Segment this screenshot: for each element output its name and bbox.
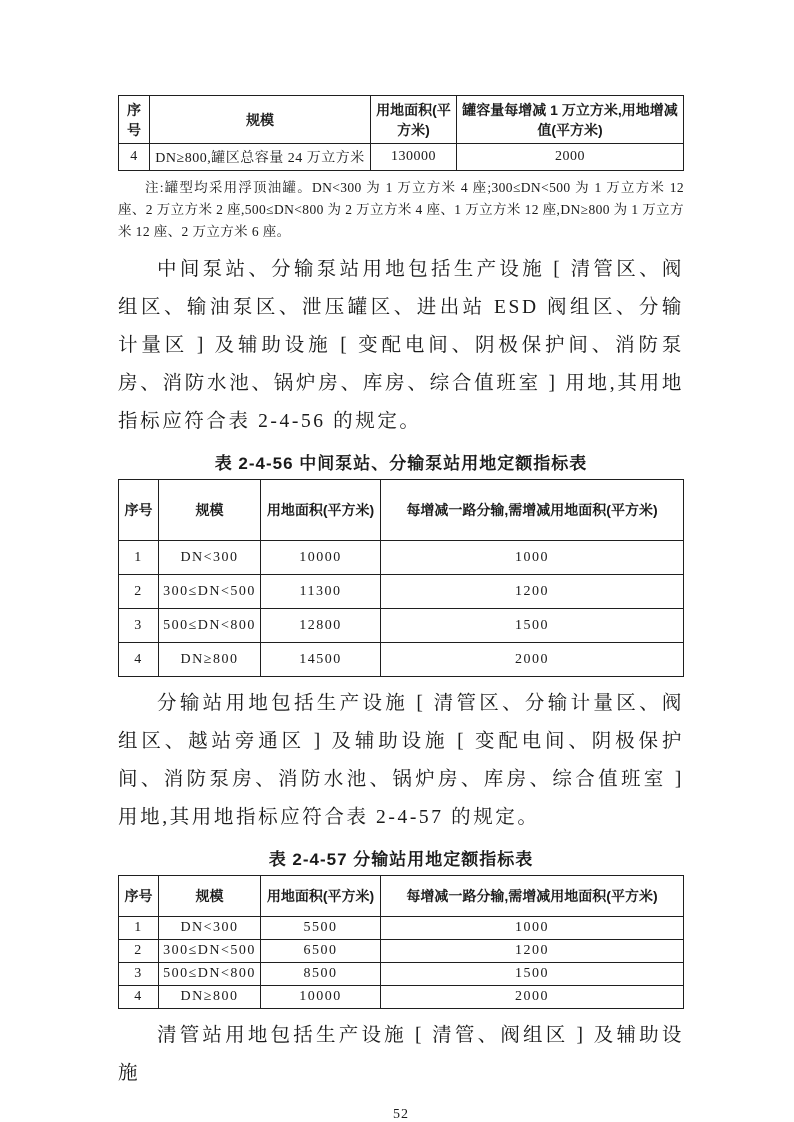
cell-area: 130000 — [371, 144, 457, 171]
cell-scale: 500≤DN<800 — [159, 963, 261, 986]
table-row: 3 500≤DN<800 12800 1500 — [119, 609, 684, 643]
cell-area: 10000 — [261, 541, 381, 575]
header-cell-scale: 规模 — [159, 876, 261, 917]
cell-delta: 1000 — [381, 917, 684, 940]
cell-scale: DN≥800 — [159, 643, 261, 677]
cell-seq: 1 — [119, 541, 159, 575]
document-page: 序号 规模 用地面积(平方米) 罐容量每增减 1 万立方米,用地增减值(平方米)… — [0, 0, 794, 1122]
table-2-4-57-title: 表 2-4-57 分输站用地定额指标表 — [118, 845, 684, 870]
header-cell-area: 用地面积(平方米) — [261, 480, 381, 541]
cell-area: 11300 — [261, 575, 381, 609]
table-2-4-56-title: 表 2-4-56 中间泵站、分输泵站用地定额指标表 — [118, 449, 684, 474]
cell-delta: 2000 — [457, 144, 684, 171]
cell-area: 8500 — [261, 963, 381, 986]
page-number: 52 — [118, 1107, 684, 1122]
header-cell-seq: 序号 — [119, 96, 150, 144]
cell-delta: 2000 — [381, 643, 684, 677]
cell-scale: DN≥800 — [159, 986, 261, 1009]
table-2-4-57: 序号 规模 用地面积(平方米) 每增减一路分输,需增减用地面积(平方米) 1 D… — [118, 875, 684, 1009]
table-row: 4 DN≥800 14500 2000 — [119, 643, 684, 677]
table-note: 注:罐型均采用浮顶油罐。DN<300 为 1 万立方米 4 座;300≤DN<5… — [118, 177, 684, 243]
cell-seq: 2 — [119, 575, 159, 609]
cell-area: 12800 — [261, 609, 381, 643]
table-row: 1 DN<300 5500 1000 — [119, 917, 684, 940]
cell-scale: 300≤DN<500 — [159, 940, 261, 963]
cell-delta: 1200 — [381, 575, 684, 609]
cell-seq: 2 — [119, 940, 159, 963]
table-header-row: 序号 规模 用地面积(平方米) 每增减一路分输,需增减用地面积(平方米) — [119, 876, 684, 917]
paragraph-pump-station: 中间泵站、分输泵站用地包括生产设施 [ 清管区、阀组区、输油泵区、泄压罐区、进出… — [118, 251, 684, 441]
table-row: 3 500≤DN<800 8500 1500 — [119, 963, 684, 986]
header-cell-seq: 序号 — [119, 480, 159, 541]
cell-scale: 300≤DN<500 — [159, 575, 261, 609]
table-header-row: 序号 规模 用地面积(平方米) 每增减一路分输,需增减用地面积(平方米) — [119, 480, 684, 541]
paragraph-distribution-station: 分输站用地包括生产设施 [ 清管区、分输计量区、阀组区、越站旁通区 ] 及辅助设… — [118, 685, 684, 837]
header-cell-delta: 每增减一路分输,需增减用地面积(平方米) — [381, 480, 684, 541]
cell-scale: DN<300 — [159, 917, 261, 940]
cell-delta: 1000 — [381, 541, 684, 575]
cell-area: 5500 — [261, 917, 381, 940]
cell-seq: 4 — [119, 643, 159, 677]
cell-scale: DN≥800,罐区总容量 24 万立方米 — [150, 144, 371, 171]
table-row: 4 DN≥800 10000 2000 — [119, 986, 684, 1009]
cell-area: 14500 — [261, 643, 381, 677]
cell-delta: 1500 — [381, 609, 684, 643]
cell-scale: DN<300 — [159, 541, 261, 575]
table-row: 2 300≤DN<500 11300 1200 — [119, 575, 684, 609]
table-row: 2 300≤DN<500 6500 1200 — [119, 940, 684, 963]
header-cell-scale: 规模 — [159, 480, 261, 541]
cell-area: 10000 — [261, 986, 381, 1009]
table-row: 1 DN<300 10000 1000 — [119, 541, 684, 575]
header-cell-area: 用地面积(平方米) — [261, 876, 381, 917]
tank-capacity-table: 序号 规模 用地面积(平方米) 罐容量每增减 1 万立方米,用地增减值(平方米)… — [118, 95, 684, 171]
cell-seq: 3 — [119, 963, 159, 986]
header-cell-seq: 序号 — [119, 876, 159, 917]
cell-seq: 3 — [119, 609, 159, 643]
cell-seq: 1 — [119, 917, 159, 940]
cell-delta: 2000 — [381, 986, 684, 1009]
header-cell-scale: 规模 — [150, 96, 371, 144]
header-cell-delta: 每增减一路分输,需增减用地面积(平方米) — [381, 876, 684, 917]
header-cell-delta: 罐容量每增减 1 万立方米,用地增减值(平方米) — [457, 96, 684, 144]
cell-seq: 4 — [119, 144, 150, 171]
cell-delta: 1500 — [381, 963, 684, 986]
cell-seq: 4 — [119, 986, 159, 1009]
cell-delta: 1200 — [381, 940, 684, 963]
table-header-row: 序号 规模 用地面积(平方米) 罐容量每增减 1 万立方米,用地增减值(平方米) — [119, 96, 684, 144]
cell-area: 6500 — [261, 940, 381, 963]
header-cell-area: 用地面积(平方米) — [371, 96, 457, 144]
cell-scale: 500≤DN<800 — [159, 609, 261, 643]
table-2-4-56: 序号 规模 用地面积(平方米) 每增减一路分输,需增减用地面积(平方米) 1 D… — [118, 479, 684, 677]
table-row: 4 DN≥800,罐区总容量 24 万立方米 130000 2000 — [119, 144, 684, 171]
paragraph-pigging-station: 清管站用地包括生产设施 [ 清管、阀组区 ] 及辅助设施 — [118, 1017, 684, 1093]
